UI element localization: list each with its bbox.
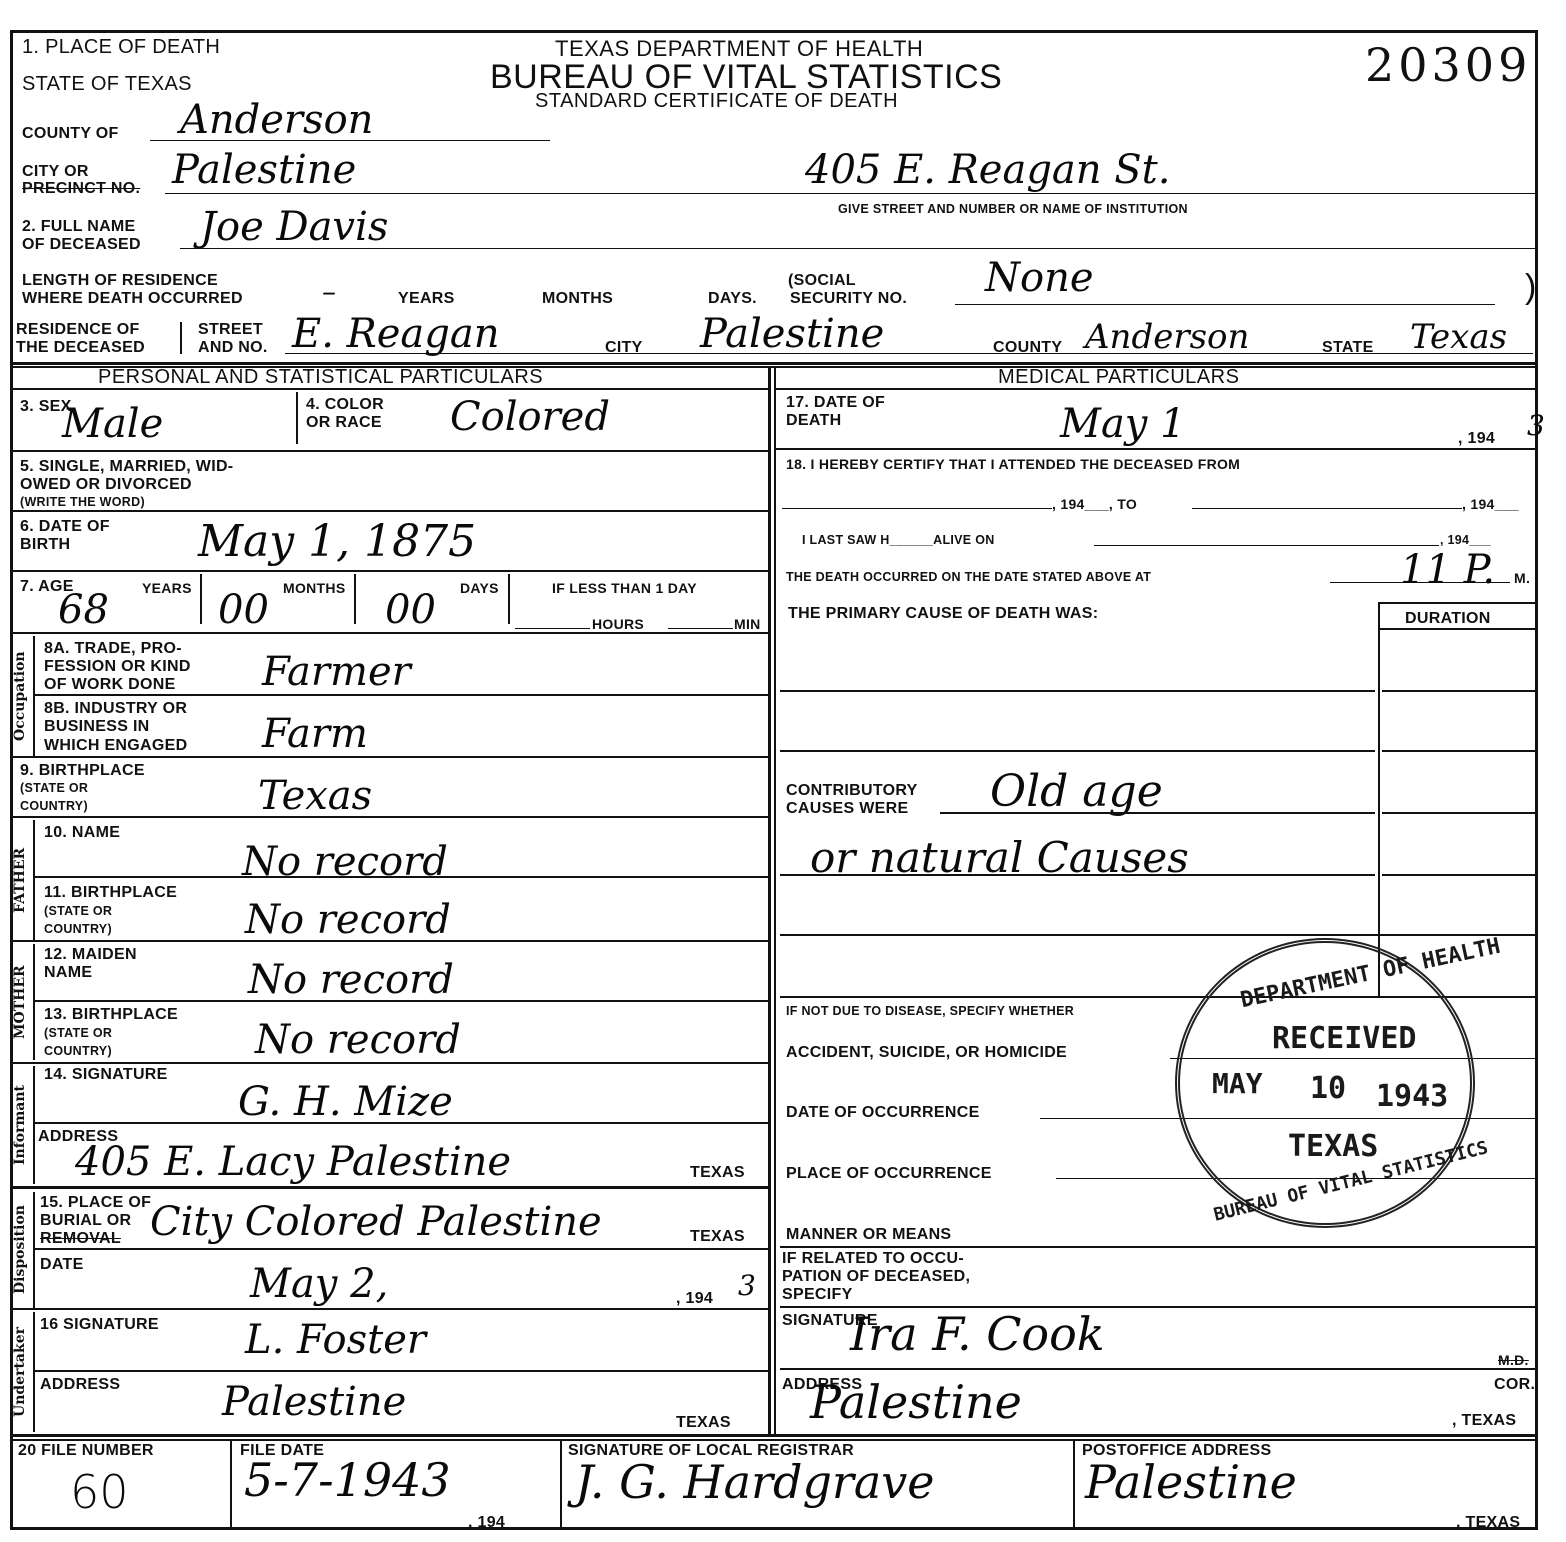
residence-state-value[interactable]: Texas <box>1410 315 1507 359</box>
burial-label-1: 15. PLACE OF <box>40 1194 151 1212</box>
marital-label-3: (WRITE THE WORD) <box>20 495 145 509</box>
row-line <box>774 388 1538 390</box>
footer-divider-v <box>230 1440 232 1530</box>
last-saw-label: I LAST SAW H______ALIVE ON <box>802 533 995 547</box>
race-value[interactable]: Colored <box>450 395 610 439</box>
age-days-label: DAYS <box>460 580 499 596</box>
burial-value[interactable]: City Colored Palestine <box>150 1200 602 1244</box>
cause-line <box>940 812 1375 814</box>
last-saw-year: , 194___ <box>1440 533 1491 547</box>
city-label-2: PRECINCT NO. <box>22 180 140 198</box>
contributory-value-1[interactable]: Old age <box>990 770 1163 814</box>
duration-line <box>1380 628 1538 630</box>
dod-year-prefix: , 194 <box>1458 430 1495 448</box>
undertaker-address-value[interactable]: Palestine <box>222 1380 406 1424</box>
informant-signature-label: 14. SIGNATURE <box>44 1066 168 1084</box>
primary-cause-label: THE PRIMARY CAUSE OF DEATH WAS: <box>788 605 1098 623</box>
section-divider <box>10 362 1538 365</box>
to-year-label: , 194___ <box>1462 496 1519 512</box>
certificate-number: 20309 <box>1365 38 1531 92</box>
residence-label-1: RESIDENCE OF <box>16 321 140 339</box>
age-divider <box>354 574 356 624</box>
trade-label-2: FESSION OR KIND <box>44 658 191 676</box>
ssn-close-paren: ) <box>1525 268 1536 307</box>
group-bracket <box>33 1312 35 1432</box>
from-year-label: , 194___, TO <box>1052 496 1137 512</box>
group-bracket <box>33 1066 35 1184</box>
race-label-1: 4. COLOR <box>306 396 384 414</box>
last-saw-line <box>1094 545 1439 546</box>
md-label: M.D. <box>1498 1352 1529 1368</box>
date-occurrence-label: DATE OF OCCURRENCE <box>786 1104 980 1122</box>
informant-signature-value[interactable]: G. H. Mize <box>238 1080 453 1124</box>
burial-label-2: BURIAL OR <box>40 1212 131 1230</box>
age-lt-day-label: IF LESS THAN 1 DAY <box>552 580 697 596</box>
row-line <box>10 1308 768 1310</box>
age-years-value[interactable]: 68 <box>58 588 109 632</box>
file-date-value[interactable]: 5-7-1943 <box>244 1458 451 1502</box>
duration-label: DURATION <box>1405 610 1491 628</box>
row-line <box>10 632 768 634</box>
registrar-signature-value[interactable]: J. G. Hardgrave <box>575 1460 935 1504</box>
related-label-3: SPECIFY <box>782 1286 853 1304</box>
stamp-day: 10 <box>1310 1071 1346 1106</box>
file-number-value[interactable]: 60 <box>70 1470 129 1514</box>
burial-year-prefix: , 194 <box>676 1290 713 1308</box>
row-line <box>10 450 768 452</box>
row-line <box>780 1246 1538 1248</box>
father-name-label: 10. NAME <box>44 824 120 842</box>
physician-texas-label: , TEXAS <box>1452 1412 1516 1430</box>
name-label-2: OF DECEASED <box>22 236 141 254</box>
birthplace-value[interactable]: Texas <box>258 774 372 818</box>
mother-name-value[interactable]: No record <box>248 958 454 1002</box>
row-line <box>10 1062 768 1064</box>
undertaker-address-label: ADDRESS <box>40 1376 120 1394</box>
residence-county-value[interactable]: Anderson <box>1085 315 1249 359</box>
postoffice-value[interactable]: Palestine <box>1085 1460 1297 1504</box>
from-line <box>782 508 1052 509</box>
file-date-suffix: , 194 <box>468 1514 505 1532</box>
residence-bracket <box>180 322 182 354</box>
physician-signature-value[interactable]: Ira F. Cook <box>850 1312 1105 1356</box>
occupation-side-label: Occupation <box>12 636 32 756</box>
undertaker-texas-label: TEXAS <box>676 1414 731 1432</box>
years-label: YEARS <box>398 290 455 308</box>
sex-race-divider <box>296 392 298 444</box>
row-line <box>33 1370 768 1372</box>
months-label: MONTHS <box>542 290 613 308</box>
place-occurrence-label: PLACE OF OCCURRENCE <box>786 1165 992 1183</box>
group-bracket <box>33 944 35 1060</box>
footer-divider-2 <box>10 1439 1538 1441</box>
row-line <box>10 816 768 818</box>
dod-label-1: 17. DATE OF <box>786 394 885 412</box>
row-line <box>33 1248 768 1250</box>
ssn-value[interactable]: None <box>985 256 1094 300</box>
footer-divider-v <box>1073 1440 1075 1530</box>
marital-label-2: OWED OR DIVORCED <box>20 476 192 494</box>
street-label-1: STREET <box>198 321 263 339</box>
state-label: STATE OF TEXAS <box>22 75 192 93</box>
age-months-value[interactable]: 00 <box>218 588 269 632</box>
received-stamp: DEPARTMENT OF HEALTH RECEIVED MAY 10 194… <box>1175 938 1475 1228</box>
certify-label: 18. I HEREBY CERTIFY THAT I ATTENDED THE… <box>786 456 1240 472</box>
mother-birthplace-value[interactable]: No record <box>255 1018 461 1062</box>
row-line <box>33 876 768 878</box>
duration-top <box>1378 602 1538 604</box>
ssn-line <box>955 304 1495 305</box>
name-label-1: 2. FULL NAME <box>22 218 136 236</box>
city-label-1: CITY OR <box>22 163 89 181</box>
dob-value[interactable]: May 1, 1875 <box>198 520 476 564</box>
cause-line <box>780 874 1375 876</box>
burial-date-value[interactable]: May 2, <box>250 1262 388 1306</box>
age-divider <box>508 574 510 624</box>
stamp-year: 1943 <box>1376 1079 1448 1114</box>
mother-side-label: MOTHER <box>12 944 32 1060</box>
residence-length-label-1: LENGTH OF RESIDENCE <box>22 272 218 290</box>
trade-label-1: 8A. TRADE, PRO- <box>44 640 182 658</box>
to-line <box>1192 508 1462 509</box>
ssn-label-2: SECURITY NO. <box>790 290 907 308</box>
related-label-1: IF RELATED TO OCCU- <box>782 1250 964 1268</box>
hours-line <box>515 628 590 629</box>
not-disease-label: IF NOT DUE TO DISEASE, SPECIFY WHETHER <box>786 1004 1074 1018</box>
father-birthplace-label-3: COUNTRY) <box>44 922 112 936</box>
residence-length-label-2: WHERE DEATH OCCURRED <box>22 290 243 308</box>
city-value[interactable]: Palestine <box>172 148 356 192</box>
group-bracket <box>33 820 35 940</box>
sex-value[interactable]: Male <box>62 402 163 446</box>
city-line <box>165 193 1535 194</box>
contributory-label-1: CONTRIBUTORY <box>786 782 918 800</box>
street-value[interactable]: 405 E. Reagan St. <box>805 148 1170 192</box>
group-bracket <box>33 636 35 756</box>
undertaker-side-label: Undertaker <box>12 1312 32 1432</box>
footer-divider <box>10 1434 1538 1437</box>
contributory-label-2: CAUSES WERE <box>786 800 908 818</box>
mother-name-label-2: NAME <box>44 964 92 982</box>
birthplace-label-1: 9. BIRTHPLACE <box>20 762 145 780</box>
manner-label: MANNER OR MEANS <box>786 1226 951 1244</box>
age-hours-label: HOURS <box>592 616 644 632</box>
duration-row <box>1382 750 1538 752</box>
ssn-label-1: (SOCIAL <box>788 272 856 290</box>
residence-city-value[interactable]: Palestine <box>700 312 884 356</box>
cause-line <box>780 750 1375 752</box>
informant-address-value[interactable]: 405 E. Lacy Palestine <box>75 1140 511 1184</box>
father-side-label: FATHER <box>12 820 32 940</box>
county-label: COUNTY OF <box>22 125 119 143</box>
burial-year-value[interactable]: 3 <box>738 1264 756 1308</box>
row-line <box>10 1186 768 1189</box>
cause-line <box>780 934 1538 936</box>
residence-state-label: STATE <box>1322 339 1374 357</box>
row-line <box>10 940 768 942</box>
stamp-state: TEXAS <box>1288 1129 1378 1164</box>
column-divider <box>768 366 771 1436</box>
dod-label-2: DEATH <box>786 412 841 430</box>
row-line <box>780 1368 1538 1370</box>
mother-birthplace-label-3: COUNTRY) <box>44 1044 112 1058</box>
age-divider <box>200 574 202 624</box>
race-label-2: OR RACE <box>306 414 382 432</box>
mother-birthplace-label-2: (STATE OR <box>44 1026 112 1040</box>
duration-row <box>1382 874 1538 876</box>
time-label: THE DEATH OCCURRED ON THE DATE STATED AB… <box>786 570 1151 584</box>
burial-texas-label: TEXAS <box>690 1228 745 1246</box>
deceased-name-value[interactable]: Joe Davis <box>200 205 388 249</box>
group-bracket <box>33 1192 35 1308</box>
cor-label: COR. <box>1494 1376 1535 1394</box>
dob-label-1: 6. DATE OF <box>20 518 110 536</box>
father-birthplace-label-2: (STATE OR <box>44 904 112 918</box>
residence-label-2: THE DECEASED <box>16 339 145 357</box>
undertaker-signature-value[interactable]: L. Foster <box>245 1318 426 1362</box>
dod-year-value[interactable]: 3 <box>1527 404 1545 448</box>
column-divider-2 <box>774 366 776 1436</box>
marital-label-1: 5. SINGLE, MARRIED, WID- <box>20 458 233 476</box>
birthplace-label-2: (STATE OR <box>20 781 88 795</box>
dod-value[interactable]: May 1 <box>1060 402 1186 446</box>
dob-label-2: BIRTH <box>20 536 70 554</box>
row-line <box>10 510 768 512</box>
stamp-received: RECEIVED <box>1272 1021 1417 1056</box>
county-value[interactable]: Anderson <box>180 98 373 142</box>
duration-row <box>1382 690 1538 692</box>
trade-label-3: OF WORK DONE <box>44 676 176 694</box>
row-line <box>10 756 768 758</box>
industry-label-1: 8B. INDUSTRY OR <box>44 700 187 718</box>
stamp-month: MAY <box>1212 1067 1263 1100</box>
birthplace-label-3: COUNTRY) <box>20 799 88 813</box>
accident-label: ACCIDENT, SUICIDE, OR HOMICIDE <box>786 1044 1067 1062</box>
time-value[interactable]: 11 P. <box>1400 548 1495 592</box>
industry-label-2: BUSINESS IN <box>44 718 150 736</box>
burial-date-label: DATE <box>40 1256 84 1274</box>
time-suffix: M. <box>1514 570 1530 586</box>
row-line <box>10 570 768 572</box>
street-caption: GIVE STREET AND NUMBER OR NAME OF INSTIT… <box>838 202 1188 216</box>
duration-row <box>1382 812 1538 814</box>
industry-value[interactable]: Farm <box>262 712 368 756</box>
row-line <box>10 388 768 390</box>
mother-name-label-1: 12. MAIDEN <box>44 946 137 964</box>
undertaker-signature-label: 16 SIGNATURE <box>40 1316 159 1334</box>
mother-birthplace-label-1: 13. BIRTHPLACE <box>44 1006 178 1024</box>
row-line <box>33 1000 768 1002</box>
age-min-label: MIN <box>734 616 761 632</box>
disposition-side-label: Disposition <box>12 1192 32 1308</box>
footer-texas-label: , TEXAS <box>1456 1514 1520 1532</box>
father-birthplace-value[interactable]: No record <box>245 898 451 942</box>
row-line <box>774 448 1538 450</box>
row-line <box>33 1122 768 1124</box>
industry-label-3: WHICH ENGAGED <box>44 737 187 755</box>
days-label: DAYS. <box>708 290 757 308</box>
min-line <box>668 628 733 629</box>
burial-label-3: REMOVAL <box>40 1230 121 1248</box>
street-label-2: AND NO. <box>198 339 268 357</box>
age-months-label: MONTHS <box>283 580 345 596</box>
residence-city-label: CITY <box>605 339 643 357</box>
informant-side-label: Informant <box>12 1066 32 1184</box>
physician-address-value[interactable]: Palestine <box>810 1380 1022 1424</box>
personal-heading: PERSONAL AND STATISTICAL PARTICULARS <box>98 366 543 389</box>
place-of-death-label: 1. PLACE OF DEATH <box>22 38 220 56</box>
cause-line <box>780 690 1375 692</box>
form-title: STANDARD CERTIFICATE OF DEATH <box>535 90 898 113</box>
duration-divider <box>1378 602 1380 996</box>
medical-heading: MEDICAL PARTICULARS <box>998 366 1239 389</box>
residence-county-label: COUNTY <box>993 339 1062 357</box>
age-years-label: YEARS <box>142 580 192 596</box>
father-birthplace-label-1: 11. BIRTHPLACE <box>44 884 177 902</box>
file-number-label: 20 FILE NUMBER <box>18 1442 154 1460</box>
residence-years-value[interactable]: – <box>322 270 336 314</box>
age-days-value[interactable]: 00 <box>385 588 436 632</box>
row-line <box>33 694 768 696</box>
residence-street-value[interactable]: E. Reagan <box>292 312 499 356</box>
trade-value[interactable]: Farmer <box>262 650 411 694</box>
related-label-2: PATION OF DECEASED, <box>782 1268 970 1286</box>
informant-texas-label: TEXAS <box>690 1164 745 1182</box>
footer-divider-v <box>560 1440 562 1530</box>
